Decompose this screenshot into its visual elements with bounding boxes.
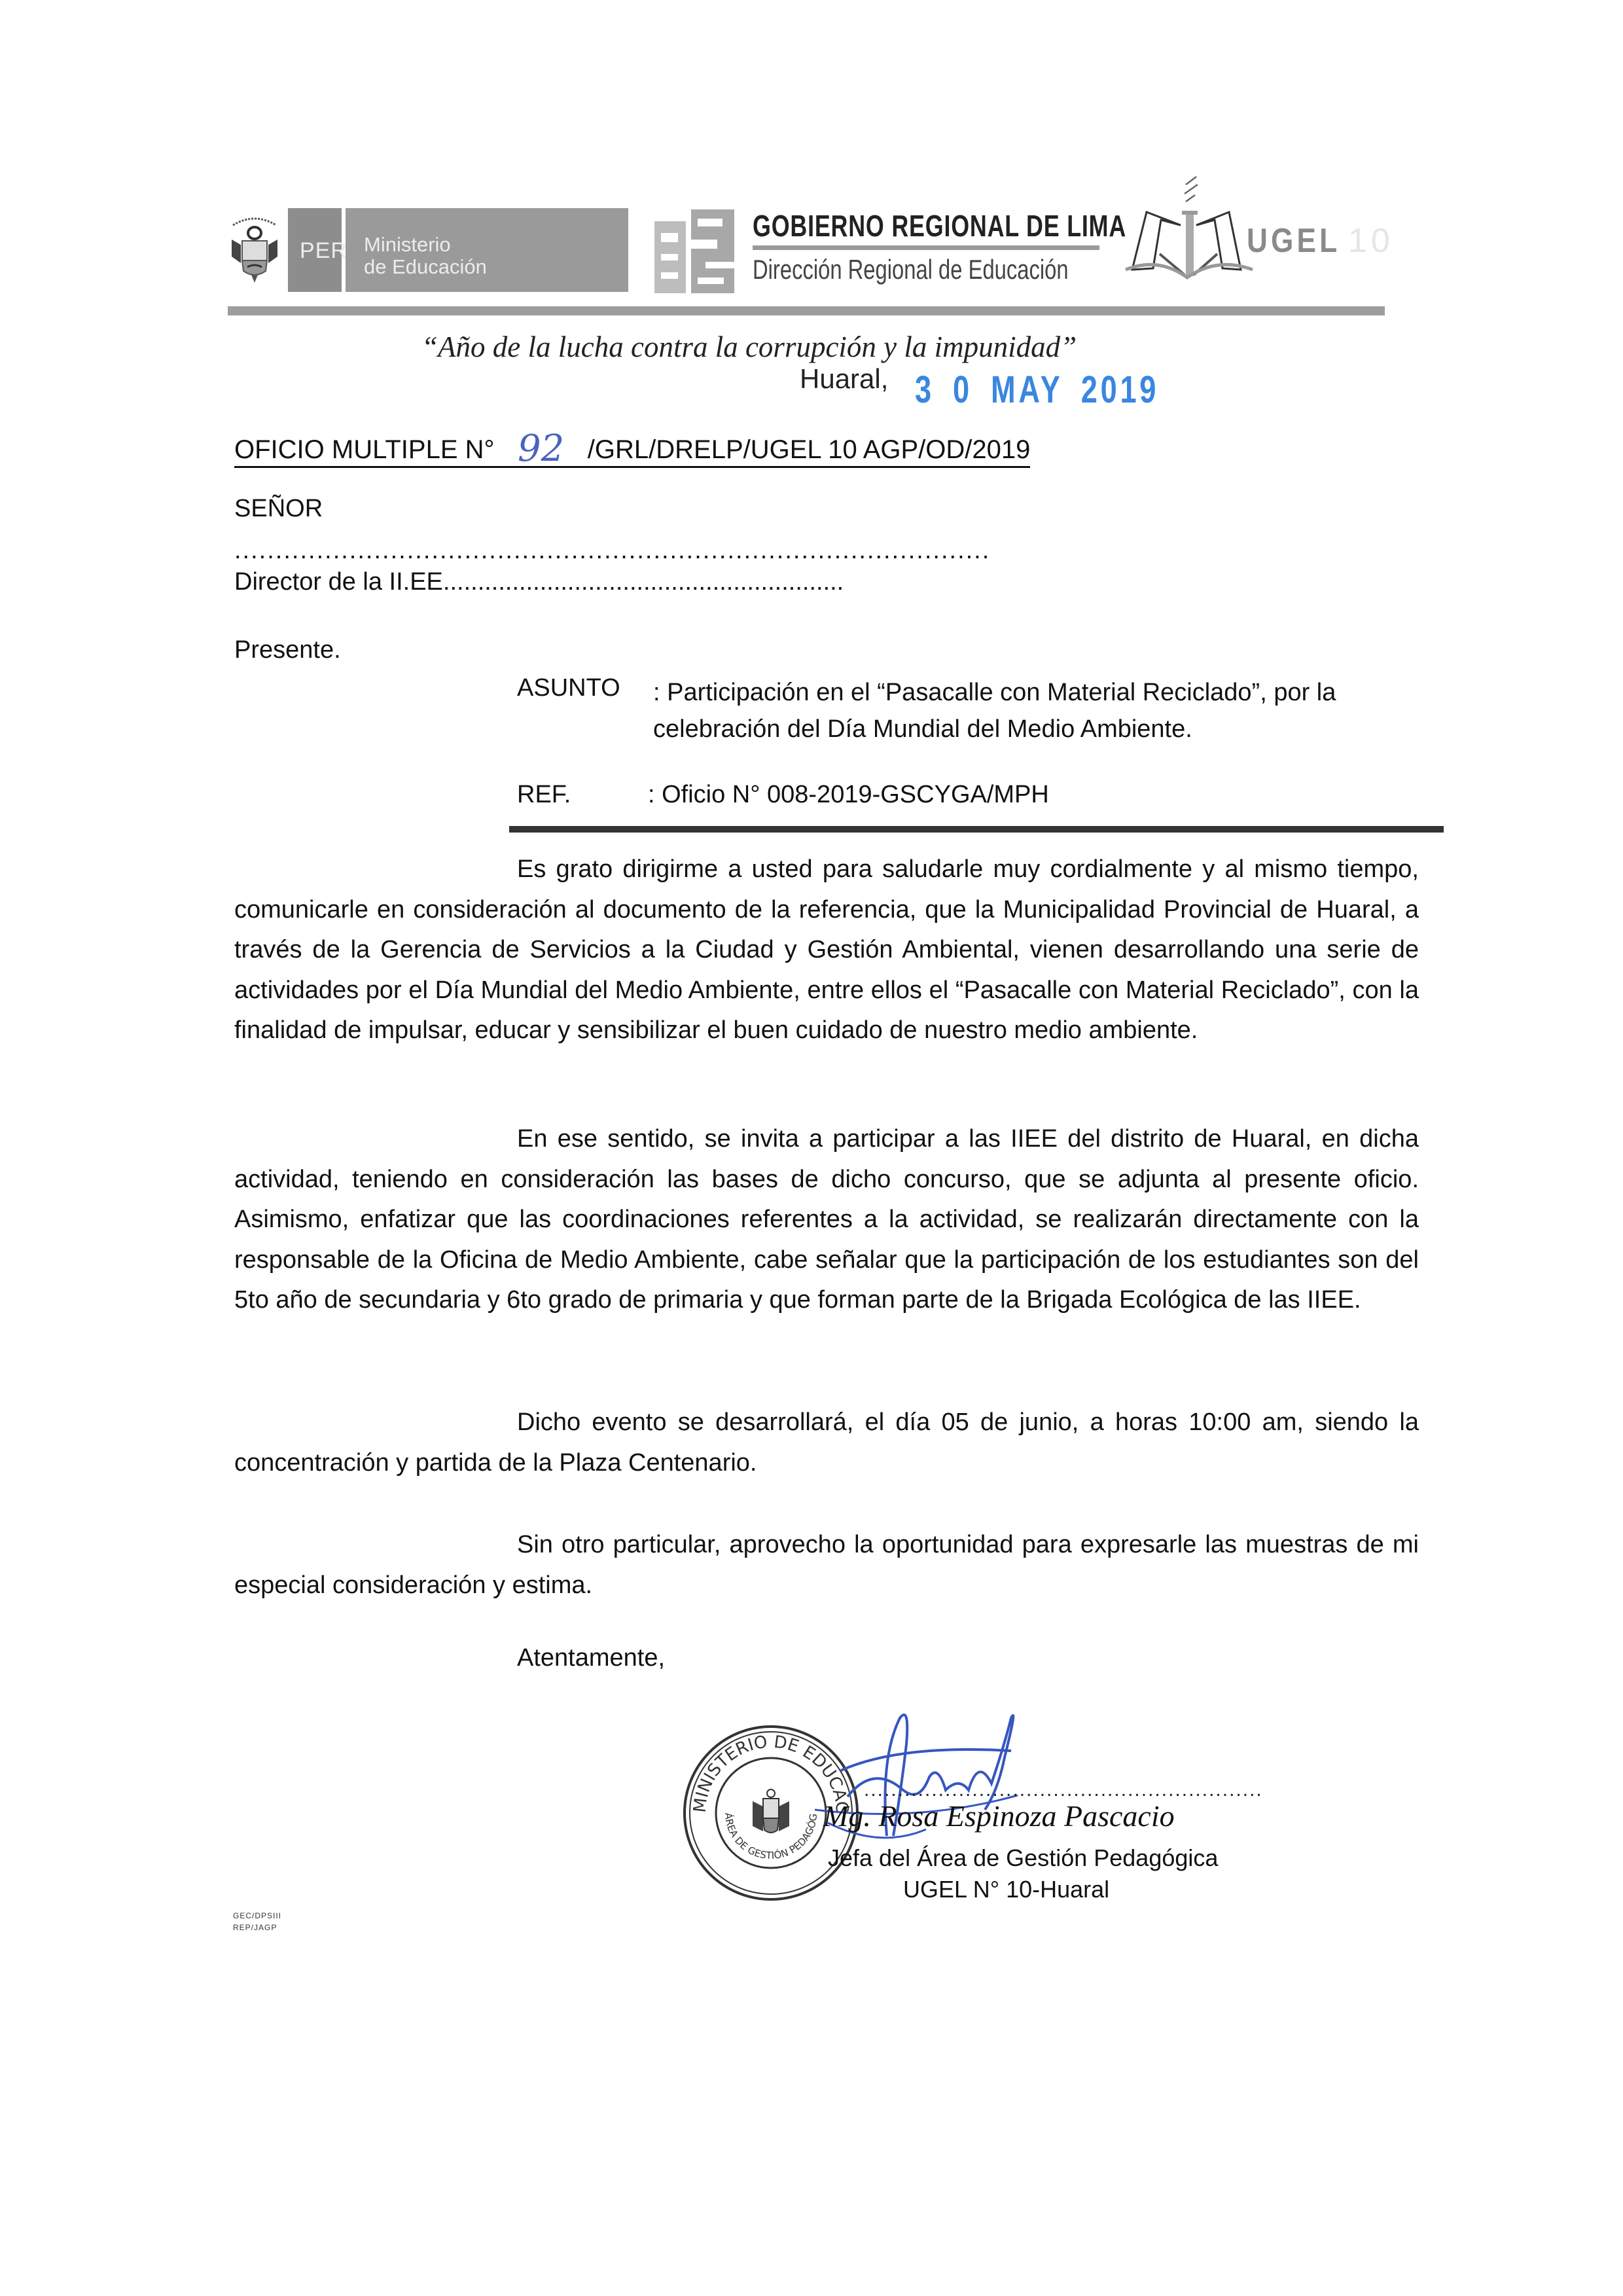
body-paragraph-text: Es grato dirigirme a usted para saludarl… — [234, 855, 1419, 1044]
ministry-name: Ministerio de Educación — [364, 234, 487, 278]
closing-text: Atentamente, — [517, 1644, 665, 1672]
initials-line: REP/JAGP — [233, 1922, 281, 1933]
recipient-position: Director de la II.EE....................… — [234, 568, 844, 596]
ugel-label: UGEL — [1247, 221, 1340, 260]
body-paragraph: Dicho evento se desarrollará, el día 05 … — [234, 1403, 1419, 1483]
signatory-organization: UGEL N° 10-Huaral — [903, 1876, 1109, 1903]
reference-initials: GEC/DPSIII REP/JAGP — [233, 1910, 281, 1933]
initials-line: GEC/DPSIII — [233, 1910, 281, 1922]
regional-government-logo-icon — [654, 209, 734, 296]
body-paragraph: Sin otro particular, aprovecho la oportu… — [234, 1525, 1419, 1605]
body-paragraph: Es grato dirigirme a usted para saludarl… — [234, 850, 1419, 1051]
recipient-salutation: SEÑOR — [234, 495, 323, 523]
recipient-closing: Presente. — [234, 636, 341, 664]
oficio-handwritten-number: 92 — [502, 437, 580, 461]
body-paragraph-text: Dicho evento se desarrollará, el día 05 … — [234, 1408, 1419, 1477]
place-label: Huaral, — [800, 363, 888, 395]
regional-government-subtitle: Dirección Regional de Educación — [753, 254, 1069, 285]
oficio-prefix: OFICIO MULTIPLE N° — [234, 435, 495, 464]
header-divider — [228, 306, 1385, 315]
ugel-number: 10 — [1348, 221, 1394, 260]
body-paragraph: En ese sentido, se invita a participar a… — [234, 1119, 1419, 1321]
signature-line: ........................................… — [864, 1779, 1263, 1801]
asunto-value: : Participación en el “Pasacalle con Mat… — [653, 674, 1425, 747]
ref-value: : Oficio N° 008-2019-GSCYGA/MPH — [648, 781, 1049, 809]
signatory-role: Jefa del Área de Gestión Pedagógica — [828, 1844, 1218, 1872]
body-paragraph-text: En ese sentido, se invita a participar a… — [234, 1125, 1419, 1314]
peru-coat-of-arms-icon — [228, 211, 281, 284]
body-paragraph-text: Sin otro particular, aprovecho la oportu… — [234, 1531, 1419, 1599]
ref-label: REF. — [517, 781, 571, 809]
regional-government-divider — [753, 245, 1099, 250]
year-motto: “Año de la lucha contra la corrupción y … — [421, 330, 1077, 364]
reference-divider — [509, 826, 1444, 833]
oficio-suffix: /GRL/DRELP/UGEL 10 AGP/OD/2019 — [588, 435, 1031, 464]
ministry-line-2: de Educación — [364, 256, 487, 278]
asunto-label: ASUNTO — [517, 674, 620, 702]
recipient-name-blank: ........................................… — [234, 537, 990, 565]
signatory-name: Mg. Rosa Espinoza Pascacio — [823, 1799, 1175, 1833]
ministry-line-1: Ministerio — [364, 234, 487, 256]
ugel-open-book-torch-icon — [1113, 171, 1257, 289]
date-stamp: 3 0 MAY 2019 — [915, 368, 1159, 412]
oficio-number-line: OFICIO MULTIPLE N° 92 /GRL/DRELP/UGEL 10… — [234, 435, 1030, 468]
regional-government-title: GOBIERNO REGIONAL DE LIMA — [753, 208, 1126, 243]
